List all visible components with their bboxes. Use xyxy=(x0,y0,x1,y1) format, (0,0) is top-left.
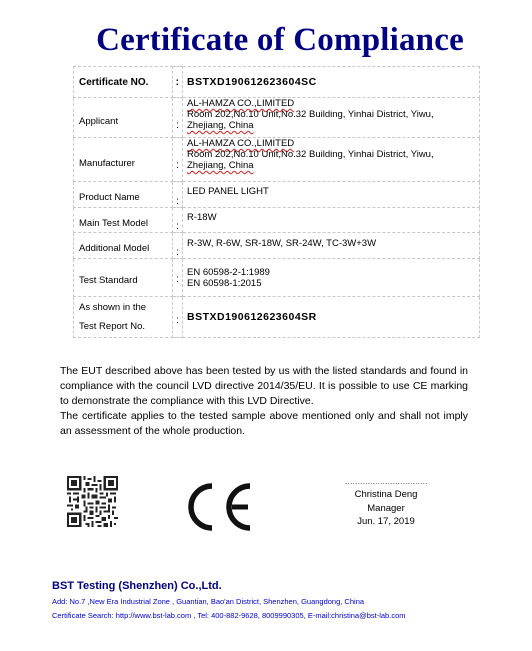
colon: : xyxy=(173,182,183,208)
colon: : xyxy=(173,297,183,338)
manufacturer-name: AL-HAMZA CO.,LIMITED xyxy=(187,138,479,149)
row-certificate-no: Certificate NO. : BSTXD190612623604SC xyxy=(74,67,480,98)
ce-mark-icon xyxy=(184,482,256,532)
colon: : xyxy=(173,67,183,98)
colon: : xyxy=(173,233,183,259)
row-additional-model: Additional Model : R-3W, R-6W, SR-18W, S… xyxy=(74,233,480,259)
label-product-name: Product Name xyxy=(74,182,173,208)
company-address: Add: No.7 ,New Era Industrial Zone , Gua… xyxy=(52,595,405,609)
signature-block: …………………………… Christina Deng Manager Jun. … xyxy=(332,478,440,529)
signature-line: …………………………… xyxy=(332,478,440,486)
value-additional-model: R-3W, R-6W, SR-18W, SR-24W, TC-3W+3W xyxy=(183,233,480,259)
colon: : xyxy=(173,259,183,297)
footer: BST Testing (Shenzhen) Co.,Ltd. Add: No.… xyxy=(52,580,405,623)
value-certificate-no: BSTXD190612623604SC xyxy=(183,67,480,98)
compliance-statement: The EUT described above has been tested … xyxy=(60,364,468,439)
signatory-role: Manager xyxy=(332,502,440,516)
row-test-report: As shown in the Test Report No. : BSTXD1… xyxy=(74,297,480,338)
label-main-test-model: Main Test Model xyxy=(74,208,173,233)
label-test-report-line2: Test Report No. xyxy=(79,317,172,336)
manufacturer-address-2: Zhejiang, China xyxy=(187,160,479,171)
label-test-report-line1: As shown in the xyxy=(79,298,172,317)
label-certificate-no: Certificate NO. xyxy=(74,67,173,98)
value-main-test-model: R-18W xyxy=(183,208,480,233)
colon: : xyxy=(173,138,183,182)
page-title: Certificate of Compliance xyxy=(14,22,532,59)
row-manufacturer: Manufacturer : AL-HAMZA CO.,LIMITED Room… xyxy=(74,138,480,182)
row-test-standard: Test Standard : EN 60598-2-1:1989 EN 605… xyxy=(74,259,480,297)
value-manufacturer: AL-HAMZA CO.,LIMITED Room 202,No.10 Unit… xyxy=(183,138,480,182)
colon: : xyxy=(173,208,183,233)
value-test-standard: EN 60598-2-1:1989 EN 60598-1:2015 xyxy=(183,259,480,297)
value-test-report: BSTXD190612623604SR xyxy=(183,297,480,338)
test-standard-2: EN 60598-1:2015 xyxy=(187,278,479,289)
label-applicant: Applicant xyxy=(74,98,173,138)
label-additional-model: Additional Model xyxy=(74,233,173,259)
applicant-address-2: Zhejiang, China xyxy=(187,120,479,131)
statement-paragraph-1: The EUT described above has been tested … xyxy=(60,364,468,409)
row-product-name: Product Name : LED PANEL LIGHT xyxy=(74,182,480,208)
signatory-name: Christina Deng xyxy=(332,488,440,502)
label-test-standard: Test Standard xyxy=(74,259,173,297)
applicant-address-1: Room 202,No.10 Unit,No.32 Building, Yinh… xyxy=(187,109,479,120)
value-product-name: LED PANEL LIGHT xyxy=(183,182,480,208)
manufacturer-address-1: Room 202,No.10 Unit,No.32 Building, Yinh… xyxy=(187,149,479,160)
statement-paragraph-2: The certificate applies to the tested sa… xyxy=(60,409,468,439)
row-applicant: Applicant : AL-HAMZA CO.,LIMITED Room 20… xyxy=(74,98,480,138)
label-manufacturer: Manufacturer xyxy=(74,138,173,182)
value-applicant: AL-HAMZA CO.,LIMITED Room 202,No.10 Unit… xyxy=(183,98,480,138)
applicant-name: AL-HAMZA CO.,LIMITED xyxy=(187,98,479,109)
row-main-test-model: Main Test Model : R-18W xyxy=(74,208,480,233)
company-contact: Certificate Search: http://www.bst-lab.c… xyxy=(52,609,405,623)
label-test-report: As shown in the Test Report No. xyxy=(74,297,173,338)
colon: : xyxy=(173,98,183,138)
certificate-table: Certificate NO. : BSTXD190612623604SC Ap… xyxy=(73,66,480,338)
qr-code-icon xyxy=(66,476,119,527)
company-name: BST Testing (Shenzhen) Co.,Ltd. xyxy=(52,580,405,592)
test-standard-1: EN 60598-2-1:1989 xyxy=(187,267,479,278)
issue-date: Jun. 17, 2019 xyxy=(332,515,440,529)
